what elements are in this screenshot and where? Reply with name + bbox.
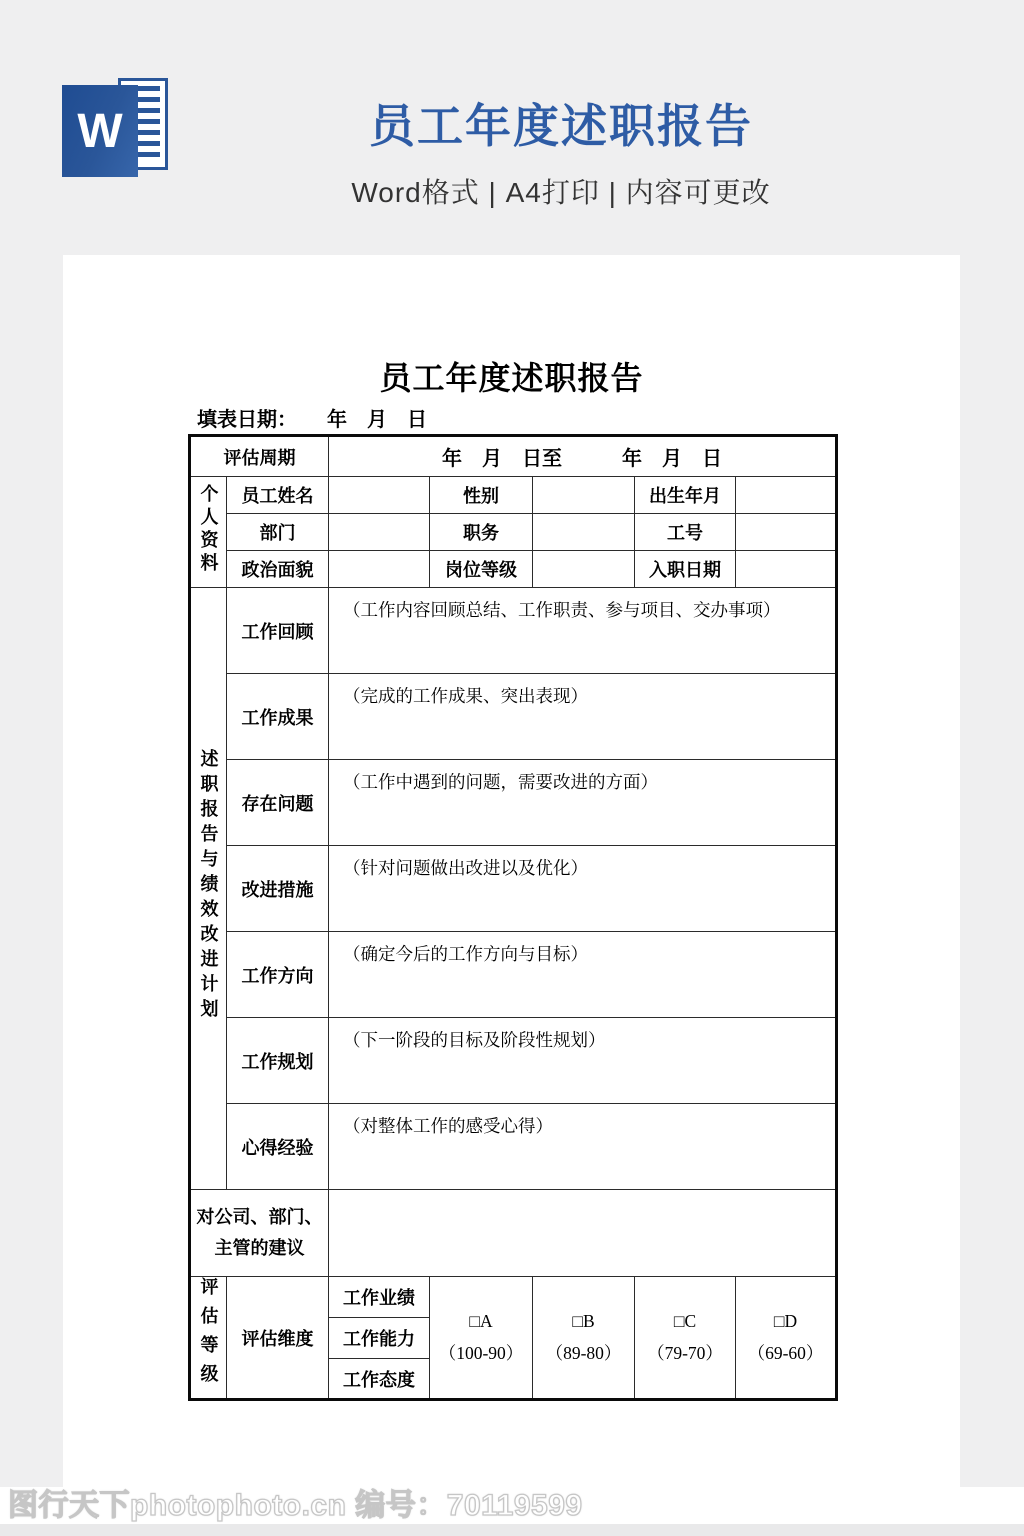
employee-id-label: 工号 [635,514,736,551]
position-label: 职务 [430,514,533,551]
row-eval-1: 评估等级 评估维度 工作业绩 □A （100-90） □B （89-80） □C… [190,1277,837,1318]
department-cell [329,514,430,551]
grade-d-cell: □D （69-60） [736,1277,837,1400]
row-work-review: 述职报告与绩效改进计划 工作回顾 （工作内容回顾总结、工作职责、参与项目、交办事… [190,588,837,674]
employee-id-cell [736,514,837,551]
report-side-label-cell: 述职报告与绩效改进计划 [190,588,227,1190]
work-plan-label: 工作规划 [227,1018,329,1104]
eval-side-label-cell: 评估等级 [190,1277,227,1400]
header-title: 员工年度述职报告 [98,90,1024,156]
dimension-performance: 工作业绩 [329,1277,430,1318]
employee-name-cell [329,477,430,514]
grade-c-cell: □C （79-70） [635,1277,736,1400]
row-personal-3: 政治面貌 岗位等级 入职日期 [190,551,837,588]
eval-period-label: 评估周期 [190,436,329,477]
grade-b-cell: □B （89-80） [533,1277,635,1400]
hire-date-label: 入职日期 [635,551,736,588]
dimension-ability: 工作能力 [329,1318,430,1359]
row-personal-2: 部门 职务 工号 [190,514,837,551]
personal-side-label: 个人资料 [200,484,218,576]
existing-problems-hint: （工作中遇到的问题，需要改进的方面） [329,760,837,846]
work-direction-label: 工作方向 [227,932,329,1018]
site-header: 员工年度述职报告 Word格式 | A4打印 | 内容可更改 [0,90,1024,211]
experience-hint: （对整体工作的感受心得） [329,1104,837,1190]
hire-date-cell [736,551,837,588]
grade-a-cell: □A （100-90） [430,1277,533,1400]
row-work-results: 工作成果 （完成的工作成果、突出表现） [190,674,837,760]
experience-label: 心得经验 [227,1104,329,1190]
eval-dimension-label: 评估维度 [227,1277,329,1400]
political-status-label: 政治面貌 [227,551,329,588]
eval-period-value: 年 月 日至 年 月 日 [329,436,837,477]
position-cell [533,514,635,551]
row-suggestions: 对公司、部门、 主管的建议 [190,1190,837,1277]
row-eval-period: 评估周期 年 月 日至 年 月 日 [190,436,837,477]
document-title: 员工年度述职报告 [63,353,960,399]
work-plan-hint: （下一阶段的目标及阶段性规划） [329,1018,837,1104]
bottom-strip [0,1524,1024,1536]
report-form-table: 评估周期 年 月 日至 年 月 日 个人资料 员工姓名 性别 出生年月 部门 职… [188,434,838,1401]
improvement-measures-hint: （针对问题做出改进以及优化） [329,846,837,932]
employee-name-label: 员工姓名 [227,477,329,514]
work-review-hint: （工作内容回顾总结、工作职责、参与项目、交办事项） [329,588,837,674]
row-improvement-measures: 改进措施 （针对问题做出改进以及优化） [190,846,837,932]
work-results-label: 工作成果 [227,674,329,760]
birth-date-label: 出生年月 [635,477,736,514]
row-work-plan: 工作规划 （下一阶段的目标及阶段性规划） [190,1018,837,1104]
birth-date-cell [736,477,837,514]
header-subtitle: Word格式 | A4打印 | 内容可更改 [98,171,1024,211]
eval-side-label: 评估等级 [200,1277,218,1393]
fill-date-line: 填表日期： 年 月 日 [197,403,427,432]
department-label: 部门 [227,514,329,551]
job-grade-cell [533,551,635,588]
gender-label: 性别 [430,477,533,514]
work-review-label: 工作回顾 [227,588,329,674]
work-results-hint: （完成的工作成果、突出表现） [329,674,837,760]
row-work-direction: 工作方向 （确定今后的工作方向与目标） [190,932,837,1018]
work-direction-hint: （确定今后的工作方向与目标） [329,932,837,1018]
row-personal-1: 个人资料 员工姓名 性别 出生年月 [190,477,837,514]
row-existing-problems: 存在问题 （工作中遇到的问题，需要改进的方面） [190,760,837,846]
row-experience: 心得经验 （对整体工作的感受心得） [190,1104,837,1190]
page-canvas: W 员工年度述职报告 Word格式 | A4打印 | 内容可更改 员工年度述职报… [0,0,1024,1536]
job-grade-label: 岗位等级 [430,551,533,588]
suggestions-cell [329,1190,837,1277]
document-page: 员工年度述职报告 填表日期： 年 月 日 评估周期 年 月 日至 年 月 日 个… [63,255,960,1487]
gender-cell [533,477,635,514]
dimension-attitude: 工作态度 [329,1359,430,1400]
watermark-text: 图行天下photophoto.cn 编号：70119599 [8,1480,583,1524]
suggestions-label: 对公司、部门、 主管的建议 [190,1190,329,1277]
personal-side-label-cell: 个人资料 [190,477,227,588]
improvement-measures-label: 改进措施 [227,846,329,932]
report-side-label: 述职报告与绩效改进计划 [200,749,218,1024]
political-status-cell [329,551,430,588]
existing-problems-label: 存在问题 [227,760,329,846]
